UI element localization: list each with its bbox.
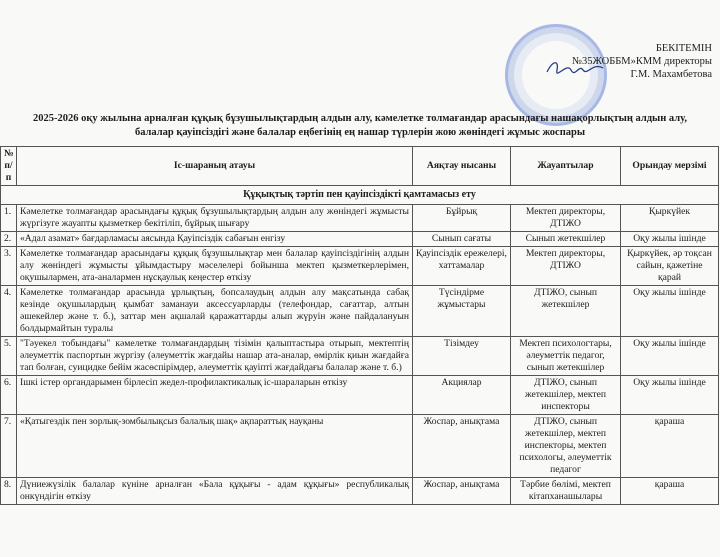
table-row: 4.Кәмелетке толмағандар арасында ұрлықты… — [1, 286, 719, 337]
table-row: 8.Дүниежүзілік балалар күніне арналған «… — [1, 478, 719, 505]
cell-responsible: Мектеп директоры, ДТІЖО — [511, 247, 621, 286]
work-plan-table: № п/п Іс-шараның атауы Аяқтау нысаны Жау… — [0, 146, 719, 505]
cell-form: Қауіпсіздік ережелері, хаттамалар — [413, 247, 511, 286]
table-row: 6.Ішкі істер органдарымен бірлесіп жедел… — [1, 376, 719, 415]
cell-num: 8. — [1, 478, 17, 505]
cell-num: 5. — [1, 337, 17, 376]
header-deadline: Орындау мерзімі — [621, 147, 719, 186]
cell-name: Кәмелетке толмағандар арасындағы құқық б… — [17, 205, 413, 232]
cell-responsible: Тәрбие бөлімі, мектеп кітапханашылары — [511, 478, 621, 505]
cell-form: Түсіндірме жұмыстары — [413, 286, 511, 337]
cell-responsible: Сынып жетекшілер — [511, 232, 621, 247]
table-row: 5."Тәуекел тобындағы" кәмелетке толмаған… — [1, 337, 719, 376]
approval-position: №35ЖОББМ»КММ директоры — [572, 55, 712, 68]
approval-signatory: Г.М. Махамбетова — [572, 68, 712, 81]
header-form: Аяқтау нысаны — [413, 147, 511, 186]
cell-deadline: Оқу жылы ішінде — [621, 376, 719, 415]
cell-responsible: ДТІЖО, сынып жетекшілер, мектеп инспекто… — [511, 415, 621, 478]
cell-form: Жоспар, анықтама — [413, 415, 511, 478]
cell-form: Сынып сағаты — [413, 232, 511, 247]
table-header-row: № п/п Іс-шараның атауы Аяқтау нысаны Жау… — [1, 147, 719, 186]
cell-deadline: қараша — [621, 478, 719, 505]
table-row: 3.Кәмелетке толмағандар арасындағы құқық… — [1, 247, 719, 286]
approval-heading: БЕКІТЕМІН — [572, 42, 712, 55]
cell-deadline: Қыркүйек — [621, 205, 719, 232]
cell-num: 7. — [1, 415, 17, 478]
cell-name: «Қатыгездік пен зорлық-зомбылықсыз балал… — [17, 415, 413, 478]
cell-deadline: Оқу жылы ішінде — [621, 286, 719, 337]
cell-deadline: қараша — [621, 415, 719, 478]
cell-responsible: ДТІЖО, сынып жетекшілер, мектеп инспекто… — [511, 376, 621, 415]
cell-deadline: Қыркүйек, әр тоқсан сайын, қажетіне қара… — [621, 247, 719, 286]
cell-name: Кәмелетке толмағандар арасындағы құқық б… — [17, 247, 413, 286]
table-row: 7.«Қатыгездік пен зорлық-зомбылықсыз бал… — [1, 415, 719, 478]
cell-name: Ішкі істер органдарымен бірлесіп жедел-п… — [17, 376, 413, 415]
cell-num: 6. — [1, 376, 17, 415]
header-name: Іс-шараның атауы — [17, 147, 413, 186]
section-row: Құқықтық тәртіп пен қауіпсіздікті қамтам… — [1, 186, 719, 205]
header-responsible: Жауаптылар — [511, 147, 621, 186]
section-title: Құқықтық тәртіп пен қауіпсіздікті қамтам… — [1, 186, 719, 205]
cell-form: Тізімдеу — [413, 337, 511, 376]
cell-form: Акциялар — [413, 376, 511, 415]
cell-name: Дүниежүзілік балалар күніне арналған «Ба… — [17, 478, 413, 505]
document-title: 2025-2026 оқу жылына арналған құқық бұзу… — [0, 112, 720, 140]
header-num: № п/п — [1, 147, 17, 186]
cell-num: 4. — [1, 286, 17, 337]
cell-deadline: Оқу жылы ішінде — [621, 337, 719, 376]
cell-name: «Адал азамат» бағдарламасы аясында Қауіп… — [17, 232, 413, 247]
cell-deadline: Оқу жылы ішінде — [621, 232, 719, 247]
cell-responsible: ДТІЖО, сынып жетекшілер — [511, 286, 621, 337]
title-line-2: балалар қауіпсіздігі және балалар еңбегі… — [0, 126, 720, 140]
title-line-1: 2025-2026 оқу жылына арналған құқық бұзу… — [0, 112, 720, 126]
cell-name: Кәмелетке толмағандар арасында ұрлықтың,… — [17, 286, 413, 337]
cell-responsible: Мектеп психологтары, әлеуметтік педагог,… — [511, 337, 621, 376]
cell-num: 3. — [1, 247, 17, 286]
cell-responsible: Мектеп директоры, ДТІЖО — [511, 205, 621, 232]
approval-block: БЕКІТЕМІН №35ЖОББМ»КММ директоры Г.М. Ма… — [572, 42, 712, 81]
table-row: 2.«Адал азамат» бағдарламасы аясында Қау… — [1, 232, 719, 247]
cell-form: Бұйрық — [413, 205, 511, 232]
cell-name: "Тәуекел тобындағы" кәмелетке толмағанда… — [17, 337, 413, 376]
cell-num: 1. — [1, 205, 17, 232]
cell-form: Жоспар, анықтама — [413, 478, 511, 505]
cell-num: 2. — [1, 232, 17, 247]
table-row: 1.Кәмелетке толмағандар арасындағы құқық… — [1, 205, 719, 232]
